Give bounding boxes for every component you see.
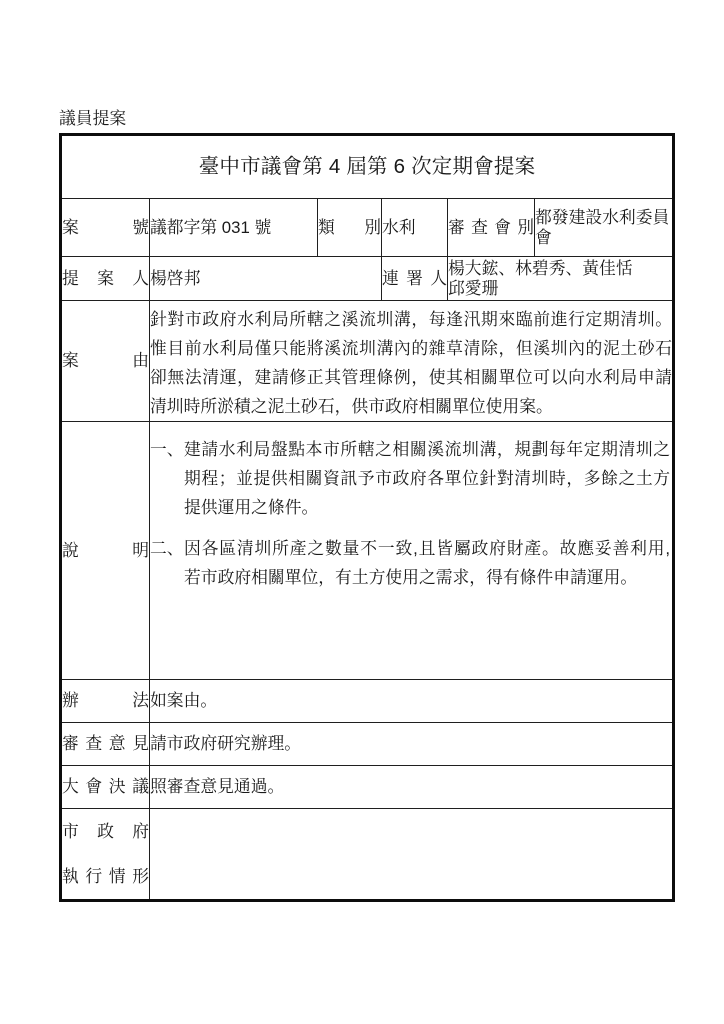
document-type-label: 議員提案: [59, 108, 126, 130]
explanation-label: 說明: [61, 422, 150, 680]
category-value: 水利: [382, 199, 448, 257]
method-row: 辦法 如案由。: [61, 680, 674, 723]
item-line: 期程；並提供相關資訊予市政府各單位針對清圳時，多餘之土方: [184, 464, 670, 493]
proposal-form-table: 臺中市議會第 4 屆第 6 次定期會提案 案號 議都字第 031 號 類別 水利…: [59, 133, 675, 902]
title-row: 臺中市議會第 4 屆第 6 次定期會提案: [61, 135, 674, 199]
cosigners-label: 連署人: [382, 257, 448, 301]
item-marker: 一、: [150, 435, 184, 522]
item-line: 建請水利局盤點本市所轄之相關溪流圳溝，規劃每年定期清圳之: [184, 435, 670, 464]
proposer-row: 提案人 楊啓邦 連署人 楊大鋐、林碧秀、黃佳恬 邱愛珊: [61, 257, 674, 301]
execution-status-label: 市政府 執行情形: [61, 809, 150, 901]
item-line: 若市政府相關單位，有土方使用之需求，得有條件申請運用。: [184, 563, 670, 592]
reason-value: 針對市政府水利局所轄之溪流圳溝，每逢汛期來臨前進行定期清圳。 惟目前水利局僅只能…: [150, 301, 674, 422]
case-number-value: 議都字第 031 號: [150, 199, 318, 257]
form-title: 臺中市議會第 4 屆第 6 次定期會提案: [61, 135, 674, 199]
assembly-resolution-label: 大會決議: [61, 766, 150, 809]
execution-status-value: [150, 809, 674, 901]
reason-line: 清圳時所淤積之泥土砂石，供市政府相關單位使用案。: [150, 392, 672, 421]
category-label: 類別: [318, 199, 382, 257]
case-info-row: 案號 議都字第 031 號 類別 水利 審查會別 都發建設水利委員會: [61, 199, 674, 257]
reason-line: 惟目前水利局僅只能將溪流圳溝內的雜草清除，但溪圳內的泥土砂石: [150, 334, 672, 363]
execution-label-line: 市政府: [62, 809, 149, 854]
review-committee-value: 都發建設水利委員會: [535, 199, 674, 257]
execution-status-row: 市政府 執行情形: [61, 809, 674, 901]
cosigners-line: 邱愛珊: [448, 279, 672, 299]
execution-label-line: 執行情形: [62, 854, 149, 899]
review-committee-label: 審查會別: [448, 199, 535, 257]
proposer-value: 楊啓邦: [150, 257, 382, 301]
cosigners-line: 楊大鋐、林碧秀、黃佳恬: [448, 259, 672, 279]
method-label: 辦法: [61, 680, 150, 723]
review-opinion-row: 審查意見 請市政府研究辦理。: [61, 723, 674, 766]
assembly-resolution-value: 照審查意見通過。: [150, 766, 674, 809]
explanation-row: 說明 一、 建請水利局盤點本市所轄之相關溪流圳溝，規劃每年定期清圳之 期程；並提…: [61, 422, 674, 680]
item-line: 因各區清圳所產之數量不一致,且皆屬政府財產。故應妥善利用,: [184, 534, 670, 563]
cosigners-value: 楊大鋐、林碧秀、黃佳恬 邱愛珊: [448, 257, 674, 301]
review-opinion-value: 請市政府研究辦理。: [150, 723, 674, 766]
reason-line: 針對市政府水利局所轄之溪流圳溝，每逢汛期來臨前進行定期清圳。: [150, 305, 672, 334]
reason-line: 卻無法清運，建請修正其管理條例，使其相關單位可以向水利局申請: [150, 363, 672, 392]
case-number-label: 案號: [61, 199, 150, 257]
explanation-item: 一、 建請水利局盤點本市所轄之相關溪流圳溝，規劃每年定期清圳之 期程；並提供相關…: [150, 435, 672, 522]
reason-row: 案由 針對市政府水利局所轄之溪流圳溝，每逢汛期來臨前進行定期清圳。 惟目前水利局…: [61, 301, 674, 422]
item-marker: 二、: [150, 534, 184, 592]
method-value: 如案由。: [150, 680, 674, 723]
reason-label: 案由: [61, 301, 150, 422]
review-opinion-label: 審查意見: [61, 723, 150, 766]
explanation-value: 一、 建請水利局盤點本市所轄之相關溪流圳溝，規劃每年定期清圳之 期程；並提供相關…: [150, 422, 674, 680]
assembly-resolution-row: 大會決議 照審查意見通過。: [61, 766, 674, 809]
item-line: 提供運用之條件。: [184, 493, 670, 522]
explanation-item: 二、 因各區清圳所產之數量不一致,且皆屬政府財產。故應妥善利用, 若市政府相關單…: [150, 534, 672, 592]
proposer-label: 提案人: [61, 257, 150, 301]
